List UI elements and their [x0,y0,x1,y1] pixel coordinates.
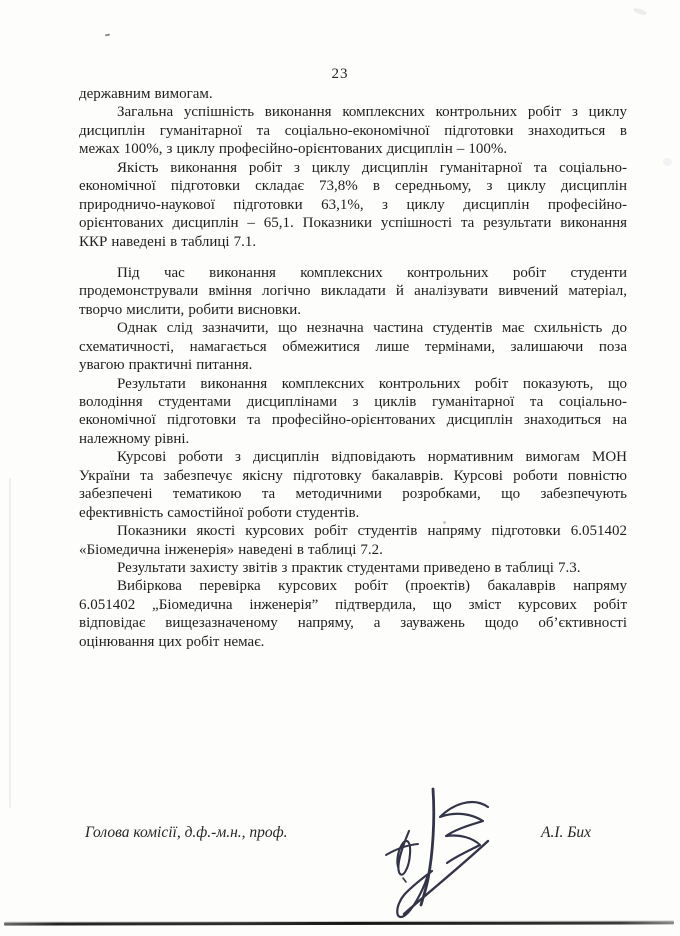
scan-edge-line [4,921,674,925]
text-line: належному рівні. [79,430,627,448]
text-line: ККР наведені в таблиці 7.1. [79,233,627,251]
text-line: Курсові роботи з дисциплін відповідають … [79,448,627,466]
scan-speck [663,158,672,166]
text-line: природничо-наукової підготовки 63,1%, з … [79,196,627,214]
text-line: 6.051402 „Біомедична інженерія” підтверд… [79,596,627,614]
handwritten-signature-icon [382,781,494,923]
signer-title: Голова комісії, д.ф.-м.н., проф. [85,824,288,842]
text-line: орієнтованих дисциплін – 65,1. Показники… [79,214,627,232]
page-number: 23 [0,66,680,83]
scan-speck [105,34,110,37]
text-line: «Біомедична інженерія» наведені в таблиц… [79,541,627,559]
text-line: Вибіркова перевірка курсових робіт (прое… [79,577,627,595]
text-line: Під час виконання комплексних контрольни… [79,264,627,282]
text-line: забезпечені тематикою та методичними роз… [79,485,627,503]
text-line: відповідає вищезазначеному напряму, а за… [79,614,627,632]
text-line: Однак слід зазначити, що незначна частин… [79,319,627,337]
text-line: увагою практичні питання. [79,356,627,374]
text-line: економічної підготовки та професійно-орі… [79,411,627,429]
scanned-document-page: 23 державним вимогам.Загальна успішність… [0,0,680,936]
text-line: володіння студентами дисциплінами з цикл… [79,393,627,411]
text-line: продемонстрували вміння логічно викладат… [79,282,627,300]
text-line: дисциплін гуманітарної та соціально-екон… [79,122,627,140]
text-line: України та забезпечує якісну підготовку … [79,467,627,485]
text-line: творчо мислити, робити висновки. [79,301,627,319]
text-line: економічної підготовки складає 73,8% в с… [79,177,627,195]
text-line: Показники якості курсових робіт студенті… [79,522,627,540]
signature-block: Голова комісії, д.ф.-м.н., проф. А.І. Би… [0,824,680,846]
signer-name: А.І. Бих [541,824,591,842]
document-body: державним вимогам.Загальна успішність ви… [79,85,627,651]
text-line: Результати виконання комплексних контрол… [79,375,627,393]
text-line: Загальна успішність виконання комплексни… [79,103,627,121]
scan-speck [633,7,648,16]
scan-speck [443,521,446,524]
scan-edge-shade [9,478,11,808]
text-line: державним вимогам. [79,85,627,103]
text-line: Якість виконання робіт з циклу дисциплін… [79,159,627,177]
text-line: оцінювання цих робіт немає. [79,633,627,651]
text-line: схематичності, намагається обмежитися ли… [79,338,627,356]
text-line: межах 100%, з циклу професійно-орієнтова… [79,140,627,158]
text-line: ефективність самостійної роботи студенті… [79,504,627,522]
text-line: Результати захисту звітів з практик студ… [79,559,627,577]
